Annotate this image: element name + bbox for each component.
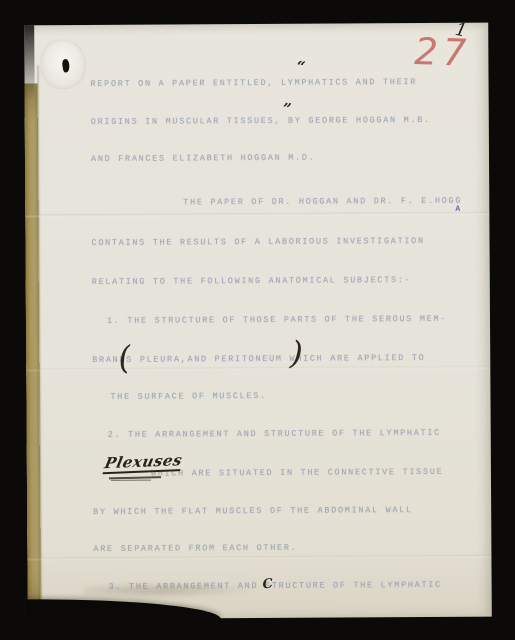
- typed-line: THE SURFACE OF MUSCLES.: [110, 391, 266, 402]
- handwritten-inserted-word: Plexuses: [102, 451, 184, 474]
- typed-line: 1. THE STRUCTURE OF THOSE PARTS OF THE S…: [107, 314, 447, 326]
- typed-line: WHICH ARE SITUATED IN THE CONNECTIVE TIS…: [151, 467, 443, 479]
- typed-line: BRANES PLEURA,AND PERITONEUM WHICH ARE A…: [92, 353, 425, 365]
- handwritten-correction-letter: C: [262, 576, 274, 592]
- handwritten-close-paren: ): [289, 333, 303, 372]
- typed-line: RELATING TO THE FOLLOWING ANATOMICAL SUB…: [92, 275, 412, 287]
- typed-line: THE PAPER OF DR. HOGGAN AND DR. F. E.HOG…: [183, 196, 462, 208]
- typed-line: AND FRANCES ELIZABETH HOGGAN M.D.: [91, 153, 315, 164]
- scanned-document-background: REPORT ON A PAPER ENTITLED, LYMPHATICS A…: [0, 0, 515, 640]
- typed-line: CONTAINS THE RESULTS OF A LABORIOUS INVE…: [91, 236, 424, 248]
- typed-line: BY WHICH THE FLAT MUSCLES OF THE ABDOMIN…: [93, 505, 413, 517]
- red-folio-number: 27: [414, 30, 472, 75]
- curl-smudge: [83, 582, 263, 599]
- typed-line: REPORT ON A PAPER ENTITLED, LYMPHATICS A…: [91, 77, 418, 89]
- typed-line: ORIGINS IN MUSCULAR TISSUES, BY GEORGE H…: [91, 115, 431, 127]
- manuscript-page: REPORT ON A PAPER ENTITLED, LYMPHATICS A…: [24, 23, 492, 620]
- handwritten-close-quote: ”: [282, 99, 292, 118]
- strikethrough-mark: [111, 480, 151, 481]
- typed-line: 2. THE ARRANGEMENT AND STRUCTURE OF THE …: [108, 428, 441, 440]
- typed-line: ARE SEPARATED FROM EACH OTHER.: [93, 543, 297, 554]
- typed-subscript-letter: A: [455, 205, 460, 214]
- typed-text-layer: REPORT ON A PAPER ENTITLED, LYMPHATICS A…: [24, 23, 492, 620]
